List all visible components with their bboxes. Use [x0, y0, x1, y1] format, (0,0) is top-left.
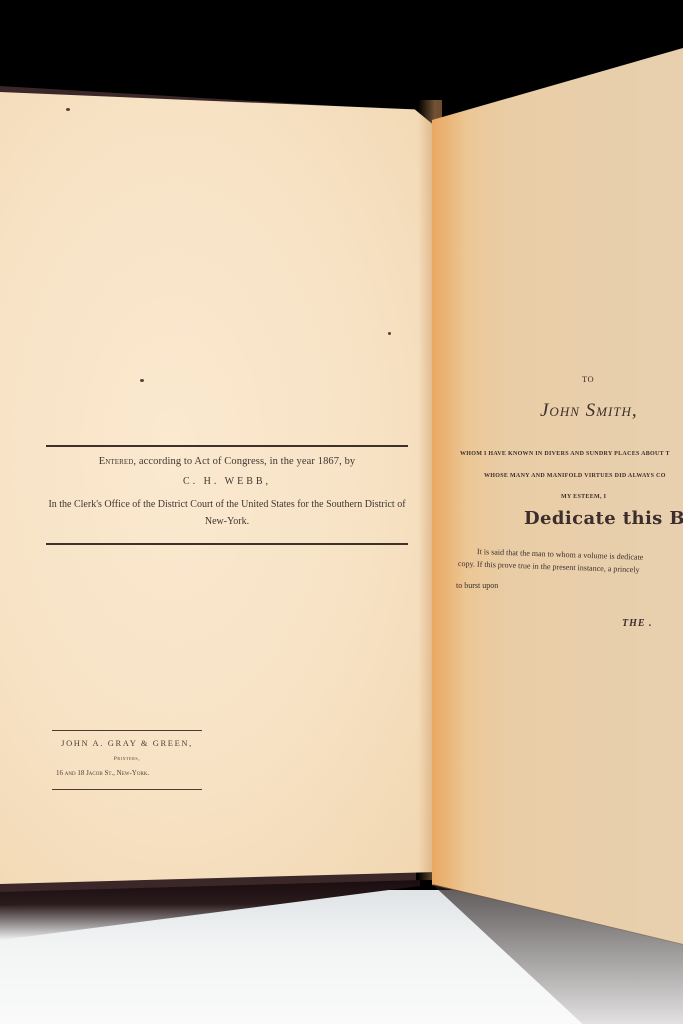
dedication-line-3: MY ESTEEM, I	[561, 494, 606, 500]
paragraph-line-3: to burst upon	[456, 581, 498, 590]
paper-speck	[388, 332, 391, 335]
printer-bottom-rule	[52, 789, 202, 790]
bottom-rule	[46, 543, 408, 545]
dedication-line-2: WHOSE MANY AND MANIFOLD VIRTUES DID ALWA…	[484, 473, 666, 479]
copyright-notice: Entered, according to Act of Congress, i…	[46, 452, 408, 530]
paper-speck	[140, 379, 144, 382]
dedication-to: TO	[582, 374, 594, 384]
dedicatee-name: John Smith,	[540, 400, 638, 422]
dedication-title: Dedicate this Book.	[524, 508, 683, 529]
signature: THE .	[622, 618, 653, 629]
author-name: C. H. WEBB,	[46, 476, 408, 487]
top-rule	[46, 445, 408, 447]
printer-imprint: JOHN A. GRAY & GREEN, Printers, 16 and 1…	[52, 735, 202, 777]
printer-role: Printers,	[52, 756, 202, 762]
clerk-office-line: In the Clerk's Office of the District Co…	[46, 496, 408, 530]
dedication-line-1: WHOM I HAVE KNOWN IN DIVERS AND SUNDRY P…	[460, 451, 670, 457]
paper-speck	[66, 108, 70, 111]
printer-top-rule	[52, 730, 202, 731]
entered-line: Entered, according to Act of Congress, i…	[46, 456, 408, 467]
printer-address: 16 and 18 Jacob St., New-York.	[52, 769, 202, 777]
printer-name: JOHN A. GRAY & GREEN,	[52, 738, 202, 748]
